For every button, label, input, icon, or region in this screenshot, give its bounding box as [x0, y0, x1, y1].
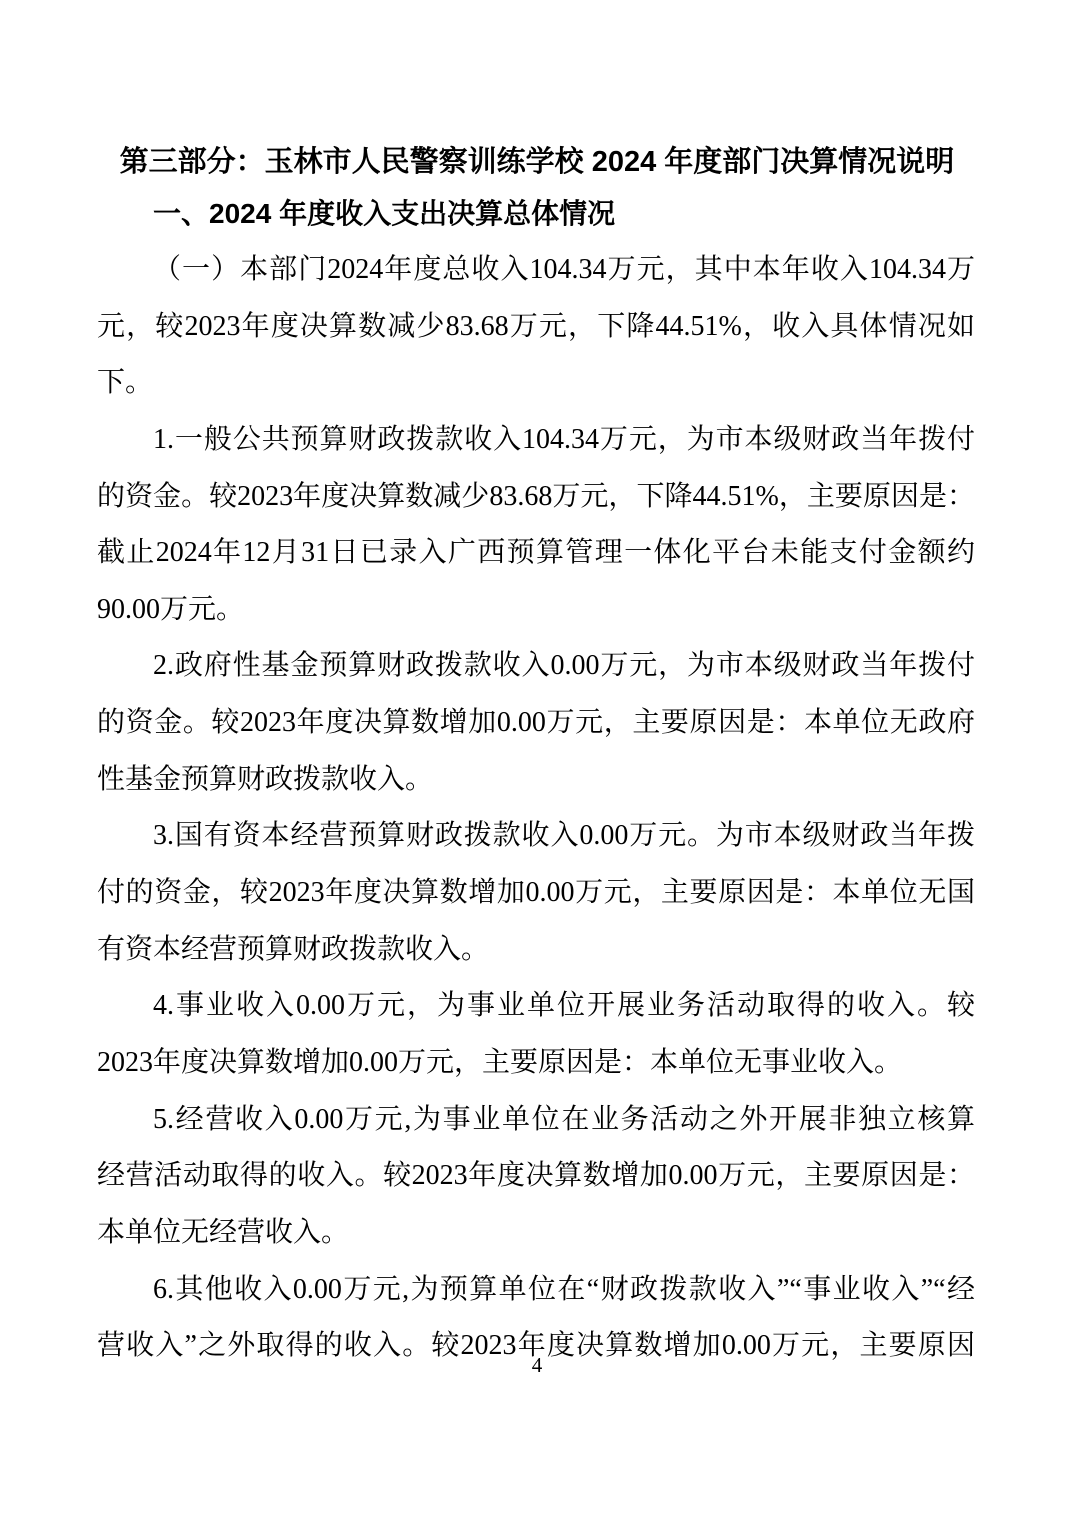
body-line: 1.一般公共预算财政拨款收入104.34万元，为市本级财政当年拨付 — [97, 412, 975, 469]
paragraph: 3.国有资本经营预算财政拨款收入0.00万元。为市本级财政当年拨 付的资金，较2… — [97, 808, 975, 978]
body-line: 的资金。较2023年度决算数减少83.68万元，下降44.51%，主要原因是： — [97, 469, 975, 526]
paragraph: （一）本部门2024年度总收入104.34万元，其中本年收入104.34万 元，… — [97, 242, 975, 412]
body-line: 本单位无经营收入。 — [97, 1205, 975, 1262]
body-line: 经营活动取得的收入。较2023年度决算数增加0.00万元，主要原因是： — [97, 1148, 975, 1205]
body-line: 3.国有资本经营预算财政拨款收入0.00万元。为市本级财政当年拨 — [97, 808, 975, 865]
body-line: 的资金。较2023年度决算数增加0.00万元，主要原因是：本单位无政府 — [97, 695, 975, 752]
body-line: 付的资金，较2023年度决算数增加0.00万元，主要原因是：本单位无国 — [97, 865, 975, 922]
body-line: 元，较2023年度决算数减少83.68万元，下降44.51%，收入具体情况如 — [97, 299, 975, 356]
paragraph: 1.一般公共预算财政拨款收入104.34万元，为市本级财政当年拨付 的资金。较2… — [97, 412, 975, 639]
body-line: 2.政府性基金预算财政拨款收入0.00万元，为市本级财政当年拨付 — [97, 638, 975, 695]
body-line: 2023年度决算数增加0.00万元，主要原因是：本单位无事业收入。 — [97, 1035, 975, 1092]
body-line: 下。 — [97, 355, 975, 412]
document-page: 第三部分：玉林市人民警察训练学校 2024 年度部门决算情况说明 一、2024 … — [0, 0, 1074, 1520]
paragraph: 5.经营收入0.00万元,为事业单位在业务活动之外开展非独立核算 经营活动取得的… — [97, 1092, 975, 1262]
section-heading: 一、2024 年度收入支出决算总体情况 — [97, 196, 975, 232]
page-number: 4 — [0, 1352, 1074, 1378]
body-line: （一）本部门2024年度总收入104.34万元，其中本年收入104.34万 — [97, 242, 975, 299]
body-text: （一）本部门2024年度总收入104.34万元，其中本年收入104.34万 元，… — [97, 242, 975, 1375]
body-line: 6.其他收入0.00万元,为预算单位在“财政拨款收入”“事业收入”“经 — [97, 1262, 975, 1319]
body-line: 性基金预算财政拨款收入。 — [97, 752, 975, 809]
paragraph: 2.政府性基金预算财政拨款收入0.00万元，为市本级财政当年拨付 的资金。较20… — [97, 638, 975, 808]
body-line: 4.事业收入0.00万元，为事业单位开展业务活动取得的收入。较 — [97, 978, 975, 1035]
document-title: 第三部分：玉林市人民警察训练学校 2024 年度部门决算情况说明 — [0, 145, 1074, 179]
body-line: 有资本经营预算财政拨款收入。 — [97, 922, 975, 979]
paragraph: 4.事业收入0.00万元，为事业单位开展业务活动取得的收入。较 2023年度决算… — [97, 978, 975, 1091]
body-line: 截止2024年12月31日已录入广西预算管理一体化平台未能支付金额约 — [97, 525, 975, 582]
body-line: 90.00万元。 — [97, 582, 975, 639]
body-line: 5.经营收入0.00万元,为事业单位在业务活动之外开展非独立核算 — [97, 1092, 975, 1149]
